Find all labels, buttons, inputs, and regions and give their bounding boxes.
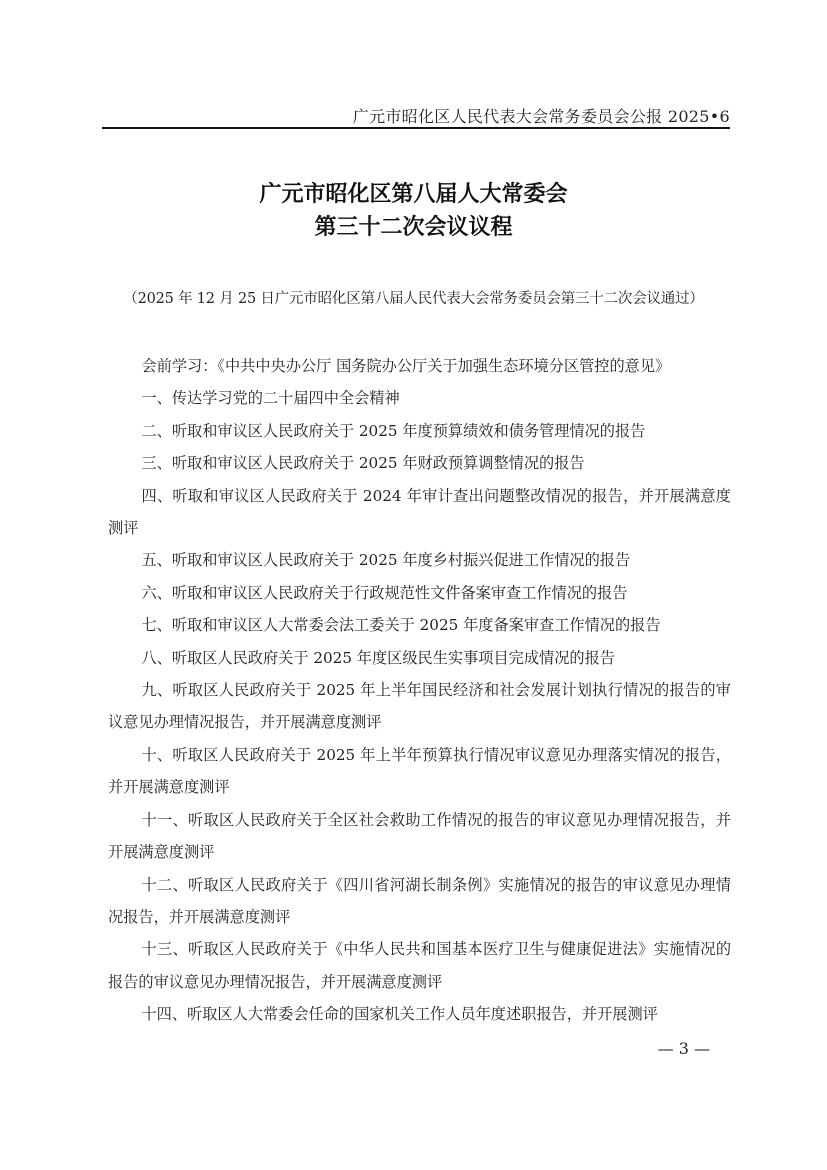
agenda-item-pre-study: 会前学习：《中共中央办公厅 国务院办公厅关于加强生态环境分区管控的意见》	[108, 350, 731, 382]
agenda-item-7: 七、听取和审议区人大常委会法工委关于 2025 年度备案审查工作情况的报告	[108, 609, 731, 641]
agenda-item-8: 八、听取区人民政府关于 2025 年度区级民生实事项目完成情况的报告	[108, 642, 731, 674]
agenda-item-13: 十三、听取区人民政府关于《中华人民共和国基本医疗卫生与健康促进法》实施情况的报告…	[108, 933, 731, 998]
agenda-item-9: 九、听取区人民政府关于 2025 年上半年国民经济和社会发展计划执行情况的报告的…	[108, 674, 731, 739]
running-header: 广元市昭化区人民代表大会常务委员会公报 2025•6	[353, 104, 730, 127]
agenda-list: 会前学习：《中共中央办公厅 国务院办公厅关于加强生态环境分区管控的意见》 一、传…	[108, 350, 731, 1031]
page-number: — 3 —	[658, 1039, 710, 1058]
agenda-item-2: 二、听取和审议区人民政府关于 2025 年度预算绩效和债务管理情况的报告	[108, 415, 731, 447]
title-line-2: 第三十二次会议议程	[0, 211, 827, 244]
header-rule	[102, 127, 730, 129]
agenda-item-4: 四、听取和审议区人民政府关于 2024 年审计查出问题整改情况的报告，并开展满意…	[108, 480, 731, 545]
agenda-item-1: 一、传达学习党的二十届四中全会精神	[108, 382, 731, 414]
adoption-note: （2025 年 12 月 25 日广元市昭化区第八届人民代表大会常务委员会第三十…	[0, 287, 827, 308]
agenda-item-3: 三、听取和审议区人民政府关于 2025 年财政预算调整情况的报告	[108, 447, 731, 479]
agenda-item-6: 六、听取和审议区人民政府关于行政规范性文件备案审查工作情况的报告	[108, 577, 731, 609]
document-title: 广元市昭化区第八届人大常委会 第三十二次会议议程	[0, 178, 827, 244]
agenda-item-11: 十一、听取区人民政府关于全区社会救助工作情况的报告的审议意见办理情况报告，并开展…	[108, 804, 731, 869]
agenda-item-5: 五、听取和审议区人民政府关于 2025 年度乡村振兴促进工作情况的报告	[108, 544, 731, 576]
title-line-1: 广元市昭化区第八届人大常委会	[0, 178, 827, 211]
agenda-item-12: 十二、听取区人民政府关于《四川省河湖长制条例》实施情况的报告的审议意见办理情况报…	[108, 869, 731, 934]
agenda-item-10: 十、听取区人民政府关于 2025 年上半年预算执行情况审议意见办理落实情况的报告…	[108, 739, 731, 804]
agenda-item-14: 十四、听取区人大常委会任命的国家机关工作人员年度述职报告，并开展测评	[108, 998, 731, 1030]
